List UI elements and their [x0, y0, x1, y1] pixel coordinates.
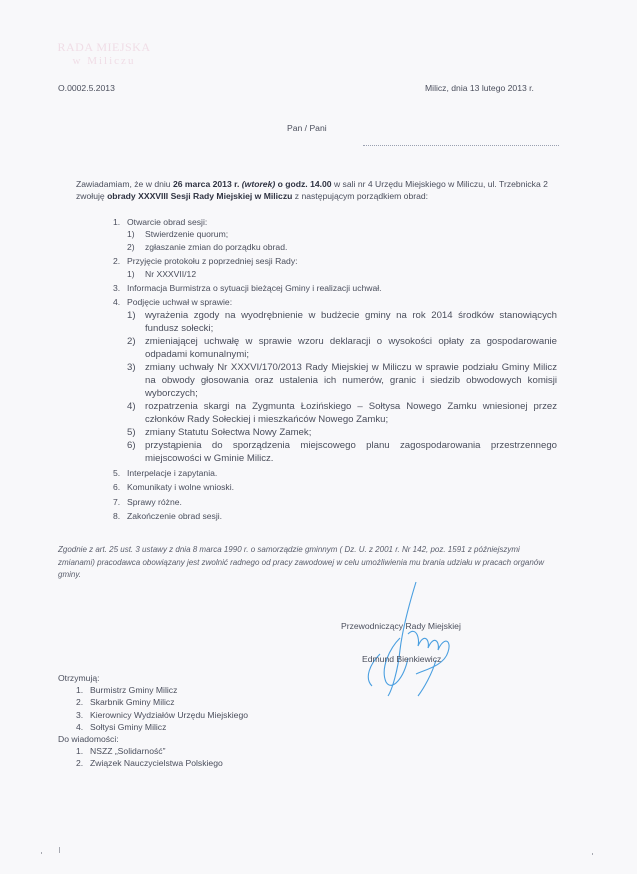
agenda-subitem-number: 2) — [127, 241, 135, 253]
recipient-item: 2.Skarbnik Gminy Milicz — [76, 696, 248, 708]
agenda-subitems: 1)wyrażenia zgody na wyodrębnienie w bud… — [127, 309, 557, 465]
intro-paragraph: Zawiadamiam, że w dniu 26 marca 2013 r. … — [62, 178, 556, 203]
info-recipient-item: 2.Związek Nauczycielstwa Polskiego — [76, 757, 223, 769]
agenda-item-label: Interpelacje i zapytania. — [127, 468, 217, 478]
agenda-subitem: 1)Nr XXXVII/12 — [127, 268, 557, 280]
agenda-item-label: Otwarcie obrad sesji: — [127, 217, 207, 227]
info-recipient-item: 1.NSZZ „Solidarność” — [76, 745, 223, 757]
recipient-item-label: Skarbnik Gminy Milicz — [90, 697, 175, 707]
for-information-label: Do wiadomości: — [58, 733, 119, 745]
agenda-item-label: Komunikaty i wolne wnioski. — [127, 482, 234, 492]
agenda-item: 5.Interpelacje i zapytania. — [113, 467, 557, 479]
agenda-subitem: 4)rozpatrzenia skargi na Zygmunta Łozińs… — [127, 400, 557, 426]
recipient-item-number: 1. — [76, 684, 83, 696]
agenda-item: 8.Zakończenie obrad sesji. — [113, 510, 557, 522]
agenda-list: 1.Otwarcie obrad sesji:1)Stwierdzenie qu… — [113, 216, 557, 524]
agenda-subitems: 1)Stwierdzenie quorum;2)zgłaszanie zmian… — [127, 228, 557, 253]
agenda-subitem: 1)wyrażenia zgody na wyodrębnienie w bud… — [127, 309, 557, 335]
agenda-item-number: 4. — [113, 296, 120, 308]
recipient-item-label: Sołtysi Gminy Milicz — [90, 722, 166, 732]
session-name: obrady XXXVIII Sesji Rady Miejskiej w Mi… — [107, 191, 292, 201]
document-page: RADA MIEJSKA w Miliczu O.0002.5.2013 Mil… — [0, 0, 637, 874]
agenda-subitem: 6)przystąpienia do sporządzenia miejscow… — [127, 439, 557, 465]
chair-name: Edmund Bienkiewicz — [362, 653, 441, 665]
addressee: Pan / Pani — [287, 122, 327, 134]
agenda-subitem: 2)zgłaszanie zmian do porządku obrad. — [127, 241, 557, 253]
recipient-item-number: 4. — [76, 721, 83, 733]
scan-speck — [592, 853, 593, 855]
agenda-item-number: 1. — [113, 216, 120, 228]
agenda-subitem-number: 6) — [127, 439, 136, 452]
agenda-item-number: 6. — [113, 481, 120, 493]
place-and-date: Milicz, dnia 13 lutego 2013 r. — [425, 82, 534, 94]
intro-text-3: z następującym porządkiem obrad: — [292, 191, 428, 201]
recipient-item-label: Kierownicy Wydziałów Urzędu Miejskiego — [90, 710, 248, 720]
agenda-item-label: Zakończenie obrad sesji. — [127, 511, 222, 521]
agenda-item: 2.Przyjęcie protokołu z poprzedniej sesj… — [113, 255, 557, 280]
recipient-item-label: Burmistrz Gminy Milicz — [90, 685, 177, 695]
session-date: 26 marca 2013 r. — [173, 179, 239, 189]
agenda-subitem-label: zmiany Statutu Sołectwa Nowy Zamek; — [145, 427, 311, 438]
agenda-item-label: Sprawy różne. — [127, 497, 182, 507]
agenda-subitem-number: 1) — [127, 228, 135, 240]
agenda-item-label: Informacja Burmistrza o sytuacji bieżące… — [127, 283, 382, 293]
chair-title: Przewodniczący Rady Miejskiej — [341, 620, 461, 632]
recipient-item-number: 2. — [76, 696, 83, 708]
agenda-subitem-number: 5) — [127, 426, 136, 439]
recipients-label: Otrzymują: — [58, 672, 100, 684]
spacer — [113, 522, 557, 524]
agenda-subitem-label: wyrażenia zgody na wyodrębnienie w budże… — [145, 310, 557, 334]
agenda-item-number: 3. — [113, 282, 120, 294]
agenda-subitem: 5)zmiany Statutu Sołectwa Nowy Zamek; — [127, 426, 557, 439]
session-time: o godz. 14.00 — [278, 179, 332, 189]
agenda-subitem-label: rozpatrzenia skargi na Zygmunta Łoziński… — [145, 401, 557, 425]
agenda-subitem-number: 2) — [127, 335, 136, 348]
agenda-subitem-label: przystąpienia do sporządzenia miejscoweg… — [145, 440, 557, 464]
for-information-list: 1.NSZZ „Solidarność”2.Związek Nauczyciel… — [76, 745, 223, 770]
agenda-subitem-label: zmiany uchwały Nr XXXVI/170/2013 Rady Mi… — [145, 362, 557, 399]
stamp-line-1: RADA MIEJSKA — [54, 40, 154, 54]
agenda-subitem-label: Nr XXXVII/12 — [145, 269, 196, 279]
handwritten-signature — [320, 578, 500, 698]
agenda-subitem: 3)zmiany uchwały Nr XXXVI/170/2013 Rady … — [127, 361, 557, 400]
agenda-subitem: 1)Stwierdzenie quorum; — [127, 228, 557, 240]
recipient-item: 4.Sołtysi Gminy Milicz — [76, 721, 248, 733]
letterhead-stamp: RADA MIEJSKA w Miliczu — [54, 40, 154, 68]
agenda-item-number: 8. — [113, 510, 120, 522]
agenda-item: 1.Otwarcie obrad sesji:1)Stwierdzenie qu… — [113, 216, 557, 253]
agenda-item-label: Podjęcie uchwał w sprawie: — [127, 297, 232, 307]
agenda-subitem-label: zgłaszanie zmian do porządku obrad. — [145, 242, 287, 252]
agenda-subitem-label: Stwierdzenie quorum; — [145, 229, 228, 239]
scan-speck — [59, 847, 60, 853]
legal-note: Zgodnie z art. 25 ust. 3 ustawy z dnia 8… — [58, 544, 556, 582]
agenda-subitem: 2)zmieniającej uchwałę w sprawie wzoru d… — [127, 335, 557, 361]
recipients-list: 1.Burmistrz Gminy Milicz2.Skarbnik Gminy… — [76, 684, 248, 734]
agenda-item: 4.Podjęcie uchwał w sprawie:1)wyrażenia … — [113, 296, 557, 464]
agenda-subitem-label: zmieniającej uchwałę w sprawie wzoru dek… — [145, 336, 557, 360]
agenda-subitem-number: 1) — [127, 268, 135, 280]
info-recipient-item-number: 2. — [76, 757, 83, 769]
agenda-item: 3.Informacja Burmistrza o sytuacji bieżą… — [113, 282, 557, 294]
info-recipient-item-label: Związek Nauczycielstwa Polskiego — [90, 758, 223, 768]
addressee-dotted-line — [363, 145, 559, 146]
agenda-item-number: 5. — [113, 467, 120, 479]
intro-text-1: Zawiadamiam, że w dniu — [76, 179, 173, 189]
reference-number: O.0002.5.2013 — [58, 82, 115, 94]
stamp-line-2: w Miliczu — [54, 54, 154, 68]
agenda-item: 6.Komunikaty i wolne wnioski. — [113, 481, 557, 493]
recipient-item: 1.Burmistrz Gminy Milicz — [76, 684, 248, 696]
agenda-item: 7.Sprawy różne. — [113, 496, 557, 508]
agenda-subitem-number: 1) — [127, 309, 136, 322]
agenda-subitem-number: 4) — [127, 400, 136, 413]
scan-speck — [41, 852, 42, 854]
recipient-item: 3.Kierownicy Wydziałów Urzędu Miejskiego — [76, 709, 248, 721]
info-recipient-item-label: NSZZ „Solidarność” — [90, 746, 165, 756]
agenda-item-number: 7. — [113, 496, 120, 508]
info-recipient-item-number: 1. — [76, 745, 83, 757]
agenda-item-label: Przyjęcie protokołu z poprzedniej sesji … — [127, 256, 298, 266]
agenda-subitems: 1)Nr XXXVII/12 — [127, 268, 557, 280]
agenda-item-number: 2. — [113, 255, 120, 267]
recipient-item-number: 3. — [76, 709, 83, 721]
session-weekday: (wtorek) — [242, 179, 275, 189]
agenda-subitem-number: 3) — [127, 361, 136, 374]
